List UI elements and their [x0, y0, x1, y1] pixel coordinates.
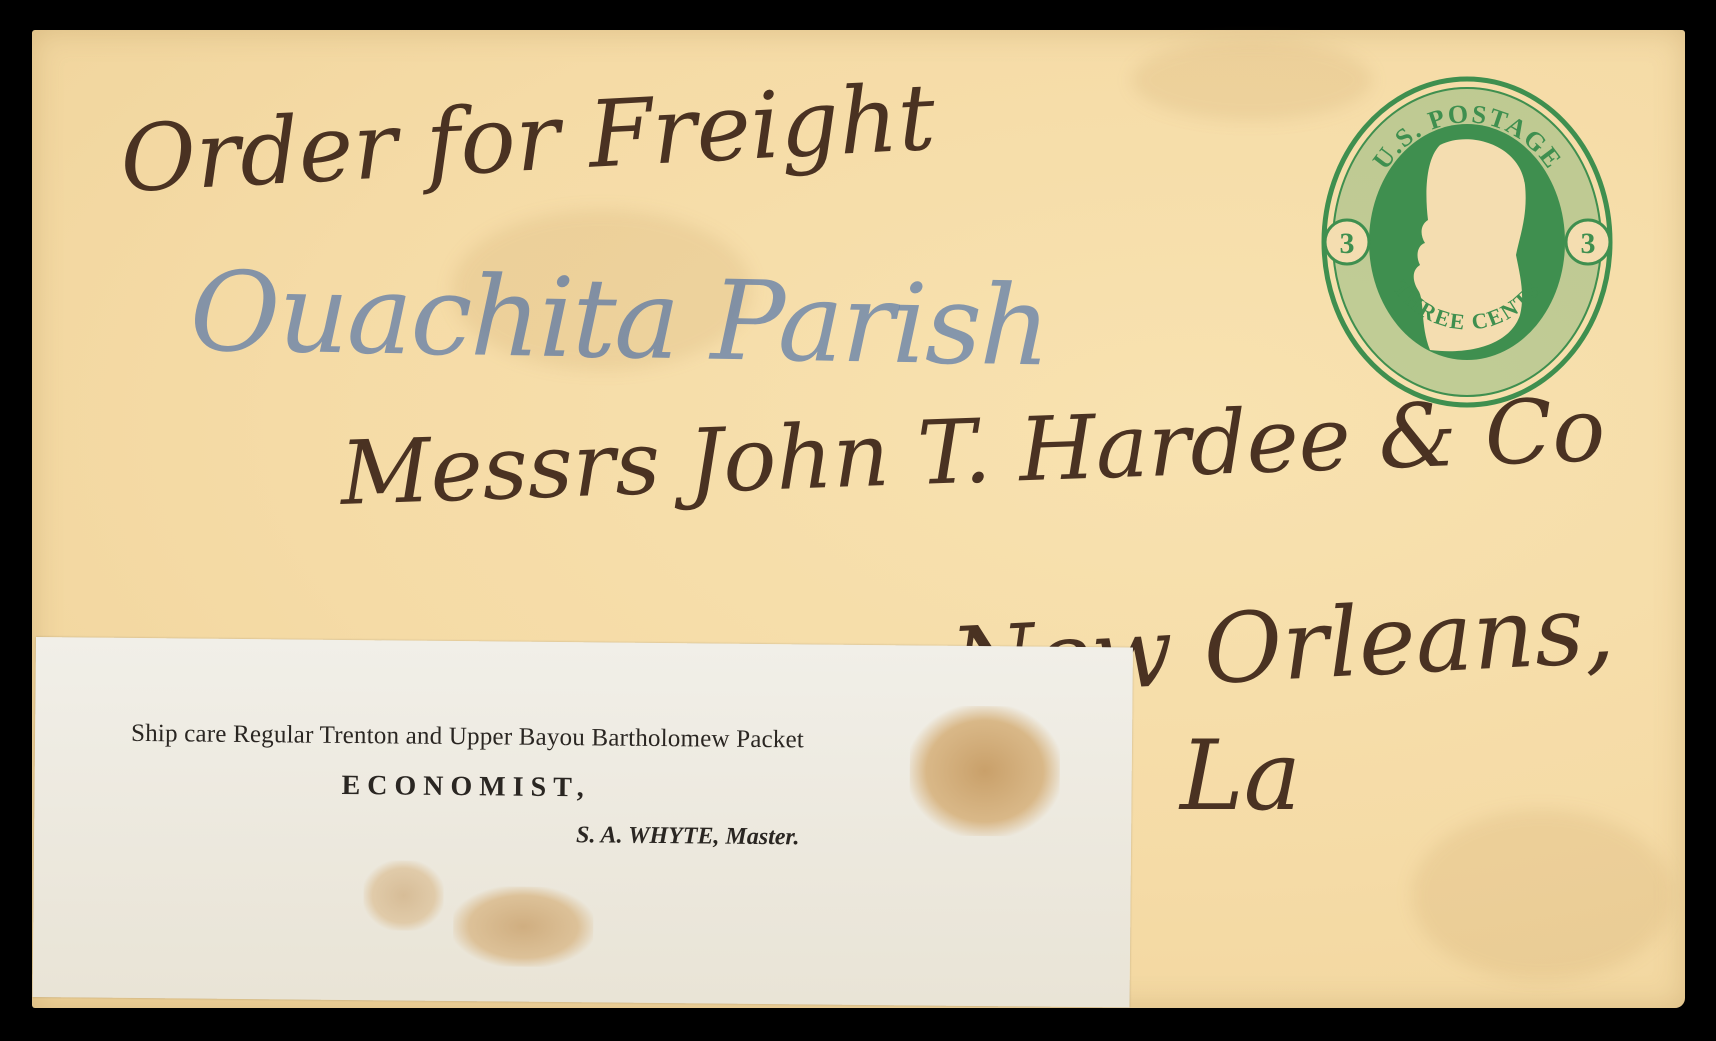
glue-stain — [909, 705, 1060, 836]
glue-stain — [453, 886, 594, 967]
label-master: S. A. WHYTE, Master. — [576, 822, 800, 851]
age-stain — [1412, 810, 1672, 980]
postage-indicia: U.S. POSTAGE THREE CENTS 3 3 — [1320, 75, 1615, 410]
denomination-right: 3 — [1581, 227, 1596, 260]
glue-stain — [363, 860, 444, 931]
ship-label: Ship care Regular Trenton and Upper Bayo… — [33, 637, 1133, 1008]
label-vessel-name: ECONOMIST, — [341, 770, 590, 804]
handwritten-state: La — [1180, 720, 1301, 832]
label-route-line: Ship care Regular Trenton and Upper Bayo… — [131, 720, 804, 754]
blue-crayon-notation: Ouachita Parish — [189, 248, 1050, 391]
denomination-left: 3 — [1340, 227, 1355, 260]
